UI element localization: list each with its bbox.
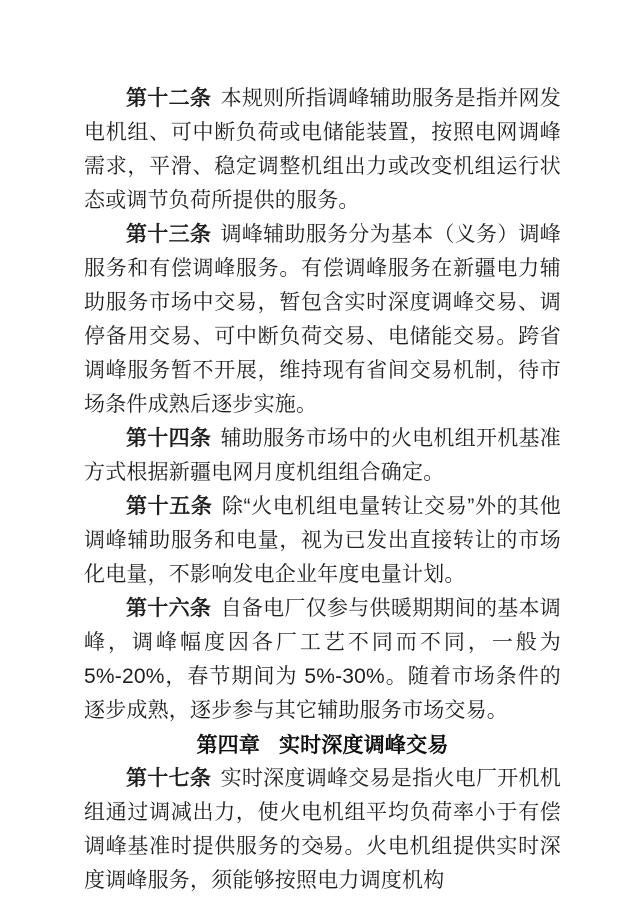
chapter-number: 第四章 xyxy=(196,733,260,757)
article-paragraph-13: 第十三条调峰辅助服务分为基本（义务）调峰服务和有偿调峰服务。有偿调峰服务在新疆电… xyxy=(84,218,561,422)
article-number: 第十七条 xyxy=(126,767,211,790)
article-paragraph-17: 第十七条实时深度调峰交易是指火电厂开机机组通过调减出力，使火电机组平均负荷率小于… xyxy=(84,762,561,898)
article-number: 第十六条 xyxy=(126,597,211,620)
article-number: 第十二条 xyxy=(126,87,211,110)
document-body: 第十二条本规则所指调峰辅助服务是指并网发电机组、可中断负荷或电储能装置，按照电网… xyxy=(84,82,561,898)
chapter-title: 实时深度调峰交易 xyxy=(279,733,449,757)
article-paragraph-16: 第十六条自备电厂仅参与供暖期期间的基本调峰，调峰幅度因各厂工艺不同而不同，一般为… xyxy=(84,592,561,728)
article-number: 第十五条 xyxy=(126,495,212,518)
article-paragraph-15: 第十五条除“火电机组电量转让交易”外的其他调峰辅助服务和电量，视为已发出直接转让… xyxy=(84,490,561,592)
article-number: 第十三条 xyxy=(126,223,211,246)
article-paragraph-12: 第十二条本规则所指调峰辅助服务是指并网发电机组、可中断负荷或电储能装置，按照电网… xyxy=(84,82,561,218)
chapter-heading: 第四章实时深度调峰交易 xyxy=(84,728,561,762)
article-number: 第十四条 xyxy=(126,427,211,450)
article-paragraph-14: 第十四条辅助服务市场中的火电机组开机基准方式根据新疆电网月度机组组合确定。 xyxy=(84,422,561,490)
page-number: 4 xyxy=(0,838,640,854)
document-page: 第十二条本规则所指调峰辅助服务是指并网发电机组、可中断负荷或电储能装置，按照电网… xyxy=(0,0,640,905)
article-text: 调峰辅助服务分为基本（义务）调峰服务和有偿调峰服务。有偿调峰服务在新疆电力辅助服… xyxy=(84,223,561,416)
